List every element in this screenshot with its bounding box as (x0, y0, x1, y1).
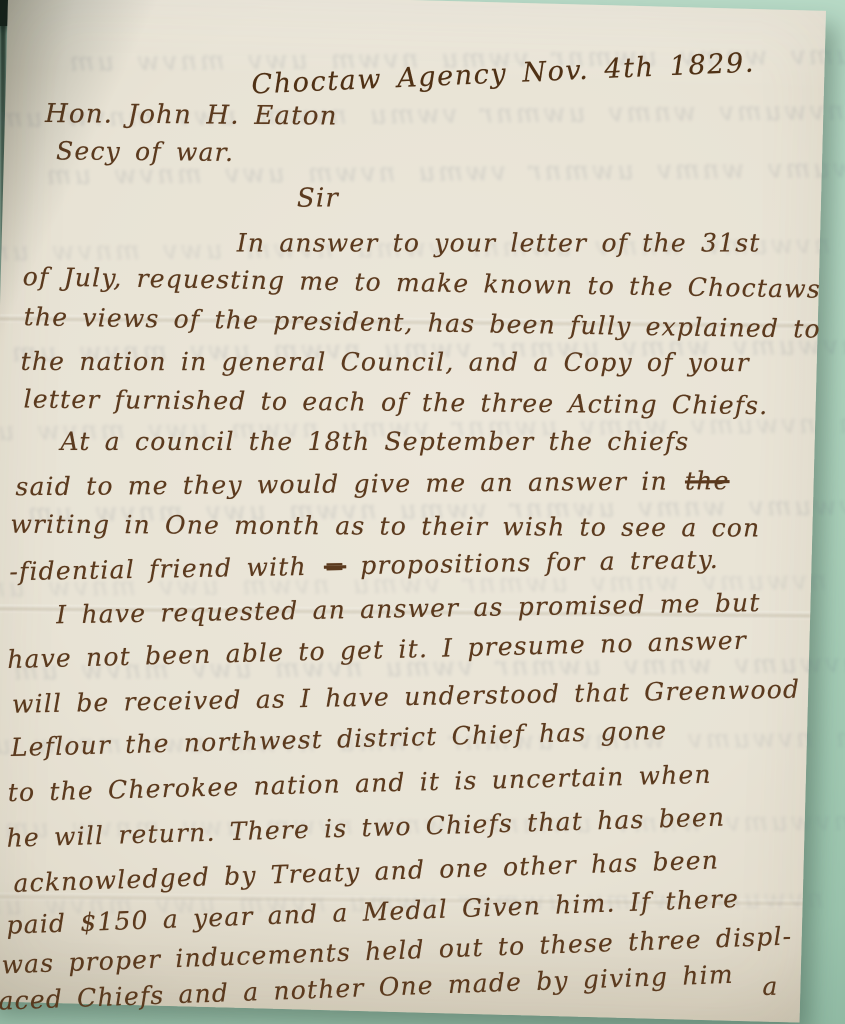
body-line: the views of the president, has been ful… (24, 302, 821, 344)
body-line: the nation in general Council, and a Cop… (21, 347, 750, 377)
addressee-name: Hon. John H. Eaton (45, 99, 338, 132)
body-line: to the Cherokee nation and it is uncerta… (7, 760, 712, 807)
body-line: At a council the 18th September the chie… (61, 427, 690, 456)
letter-sheet: mwvn urwm nvwumv wnmv uwmnr vwmu nvwm uw… (0, 0, 826, 1023)
salutation: Sir (297, 184, 339, 214)
body-line: will be received as I have understood th… (12, 675, 801, 719)
body-line-text: -fidential friend with (9, 552, 307, 586)
body-line: of July, requesting me to make known to … (23, 262, 822, 304)
body-line: letter furnished to each of the three Ac… (23, 385, 768, 420)
body-line-text: said to me they would give me an answer … (15, 467, 668, 502)
body-line: Leflour the northwest district Chief has… (10, 716, 667, 762)
struck-word: the (685, 466, 730, 495)
addressee-title: Secy of war. (56, 136, 234, 167)
struck-word: = (324, 551, 347, 580)
body-line: In answer to your letter of the 31st (237, 228, 761, 257)
body-line: he will return. There is two Chiefs that… (6, 802, 725, 852)
body-line: said to me they would give me an answer … (15, 466, 729, 501)
catchword: a (762, 972, 778, 1001)
photograph-of-letter: mwvn urwm nvwumv wnmv uwmnr vwmu nvwm uw… (0, 0, 845, 1024)
dateline: Choctaw Agency Nov. 4th 1829. (251, 47, 756, 100)
body-line-text: propositions for a treaty. (360, 545, 719, 580)
body-line: have not been able to get it. I presume … (7, 626, 747, 674)
body-line: -fidential friend with = propositions fo… (9, 545, 719, 586)
body-line: writing in One month as to their wish to… (10, 510, 760, 543)
body-line: I have requested an answer as promised m… (56, 588, 761, 629)
